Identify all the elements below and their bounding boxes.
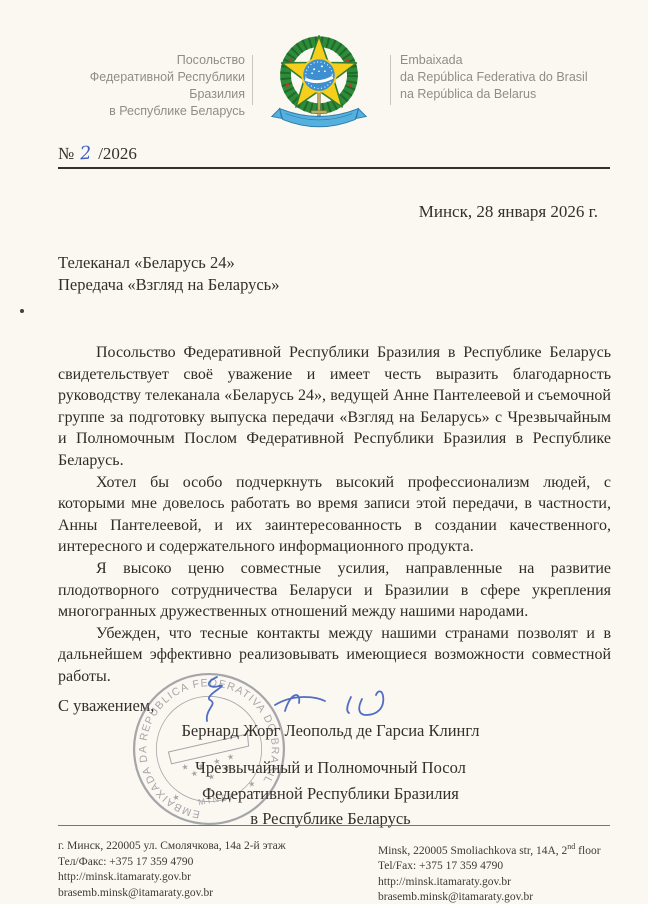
footer-en-phone: Tel/Fax: +375 17 359 4790 (378, 859, 601, 875)
reference-suffix: /2026 (98, 144, 137, 163)
header-divider-left (252, 55, 253, 105)
paragraph-3: Я высоко ценю совместные усилия, направл… (58, 558, 611, 623)
ink-speck (20, 309, 24, 313)
addressee-block: Телеканал «Беларусь 24» Передача «Взгляд… (58, 252, 279, 296)
letter-body: Посольство Федеративной Республики Брази… (58, 342, 611, 688)
reference-prefix: № (58, 144, 74, 163)
embassy-name-pt-line2: da República Federativa do Brasil (400, 69, 615, 86)
signer-name: Бернард Жорг Леопольд де Гарсиа Клингл (108, 721, 553, 741)
brazil-coat-of-arms-icon (260, 26, 378, 144)
reference-number: № 2 /2026 (58, 143, 137, 164)
embassy-name-russian: Посольство Федеративной Республики Брази… (50, 52, 245, 120)
footer-address-russian: г. Минск, 220005 ул. Смолячкова, 14а 2-й… (58, 839, 286, 901)
reference-underline (58, 167, 610, 169)
embassy-name-portuguese: Embaixada da República Federativa do Bra… (400, 52, 615, 103)
footer-en-address: Minsk, 220005 Smoliachkova str, 14A, 2nd… (378, 839, 601, 859)
signer-title-line3: в Республике Беларусь (108, 806, 553, 832)
embassy-name-ru-line2: Федеративной Республики Бразилия (50, 69, 245, 103)
footer-ru-phone: Тел/Факс: +375 17 359 4790 (58, 855, 286, 871)
signer-title: Чрезвычайный и Полномочный Посол Федерат… (108, 755, 553, 832)
footer-en-email: brasemb.minsk@itamaraty.gov.br (378, 890, 601, 904)
footer-ru-website: http://minsk.itamaraty.gov.br (58, 870, 286, 886)
addressee-line2: Передача «Взгляд на Беларусь» (58, 274, 279, 296)
paragraph-1: Посольство Федеративной Республики Брази… (58, 342, 611, 472)
signer-title-line2: Федеративной Республики Бразилия (108, 781, 553, 807)
footer-ru-address: г. Минск, 220005 ул. Смолячкова, 14а 2-й… (58, 839, 286, 855)
addressee-line1: Телеканал «Беларусь 24» (58, 252, 279, 274)
footer-address-english: Minsk, 220005 Smoliachkova str, 14A, 2nd… (378, 839, 601, 904)
footer-divider (58, 825, 610, 826)
header-divider-right (390, 55, 391, 105)
scanned-letter-page: Посольство Федеративной Республики Брази… (0, 0, 648, 904)
footer-ru-email: brasemb.minsk@itamaraty.gov.br (58, 886, 286, 902)
footer-en-website: http://minsk.itamaraty.gov.br (378, 875, 601, 891)
paragraph-2: Хотел бы особо подчеркнуть высокий профе… (58, 472, 611, 558)
embassy-name-pt-line3: na República da Belarus (400, 86, 615, 103)
date-line: Минск, 28 января 2026 г. (58, 202, 598, 222)
reference-handwritten-number: 2 (78, 142, 95, 164)
embassy-name-ru-line1: Посольство (50, 52, 245, 69)
embassy-name-pt-line1: Embaixada (400, 52, 615, 69)
embassy-name-ru-line3: в Республике Беларусь (50, 103, 245, 120)
signer-title-line1: Чрезвычайный и Полномочный Посол (108, 755, 553, 781)
